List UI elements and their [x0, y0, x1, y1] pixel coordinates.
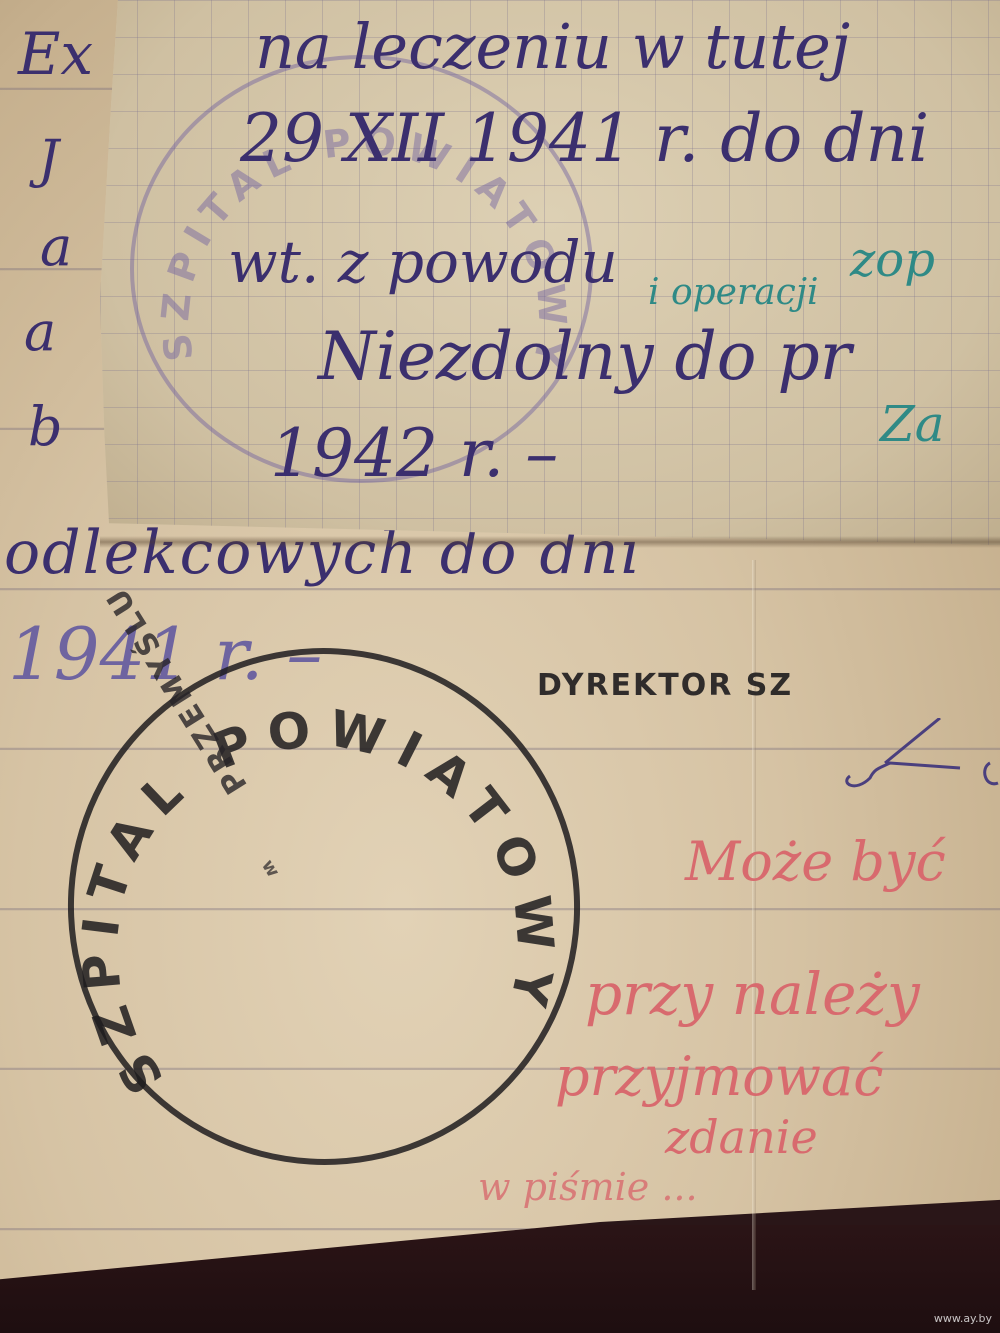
slip-line-3: wt. z powodu: [228, 228, 618, 296]
margin-fragment: a: [24, 300, 56, 363]
teal-annotation: Za: [880, 395, 945, 453]
margin-fragment: b: [28, 395, 63, 458]
red-note-line: zdanie: [665, 1110, 818, 1164]
hospital-stamp: SZPITAL POWIATOWY: [35, 615, 614, 1198]
slip-line-5-year: 1942 r. –: [270, 415, 558, 492]
red-note-line: przyjmować: [555, 1045, 883, 1108]
margin-fragment: Ex: [18, 20, 93, 88]
watermark: www.ay.by: [934, 1312, 992, 1325]
red-note-line: w piśmie ...: [478, 1165, 698, 1209]
signature: [830, 718, 1000, 788]
red-note-line: Może być: [685, 830, 946, 893]
stamp-ring-text: SZPITAL POWIATOWY: [39, 668, 581, 1109]
svg-text:SZPITAL POWIATOWY: SZPITAL POWIATOWY: [39, 668, 581, 1109]
slip-line-4: Niezdolny do pr: [318, 318, 851, 395]
slip-shadow: [100, 536, 1000, 548]
slip-line-2-date: 29 XII 1941 r. do dni: [240, 100, 929, 177]
teal-annotation: zop: [850, 232, 935, 288]
director-stamp: DYREKTOR SZ: [537, 668, 793, 703]
slip-line-1: na leczeniu w tutej: [255, 10, 850, 83]
red-note-line: przy należy: [585, 960, 920, 1028]
document-photo: Ex J a a b odlekcowych do dni SZPITAL PO…: [0, 0, 1000, 1333]
margin-fragment: a: [40, 215, 72, 278]
teal-annotation: i operacji: [648, 272, 819, 313]
margin-fragment: J: [38, 130, 59, 190]
